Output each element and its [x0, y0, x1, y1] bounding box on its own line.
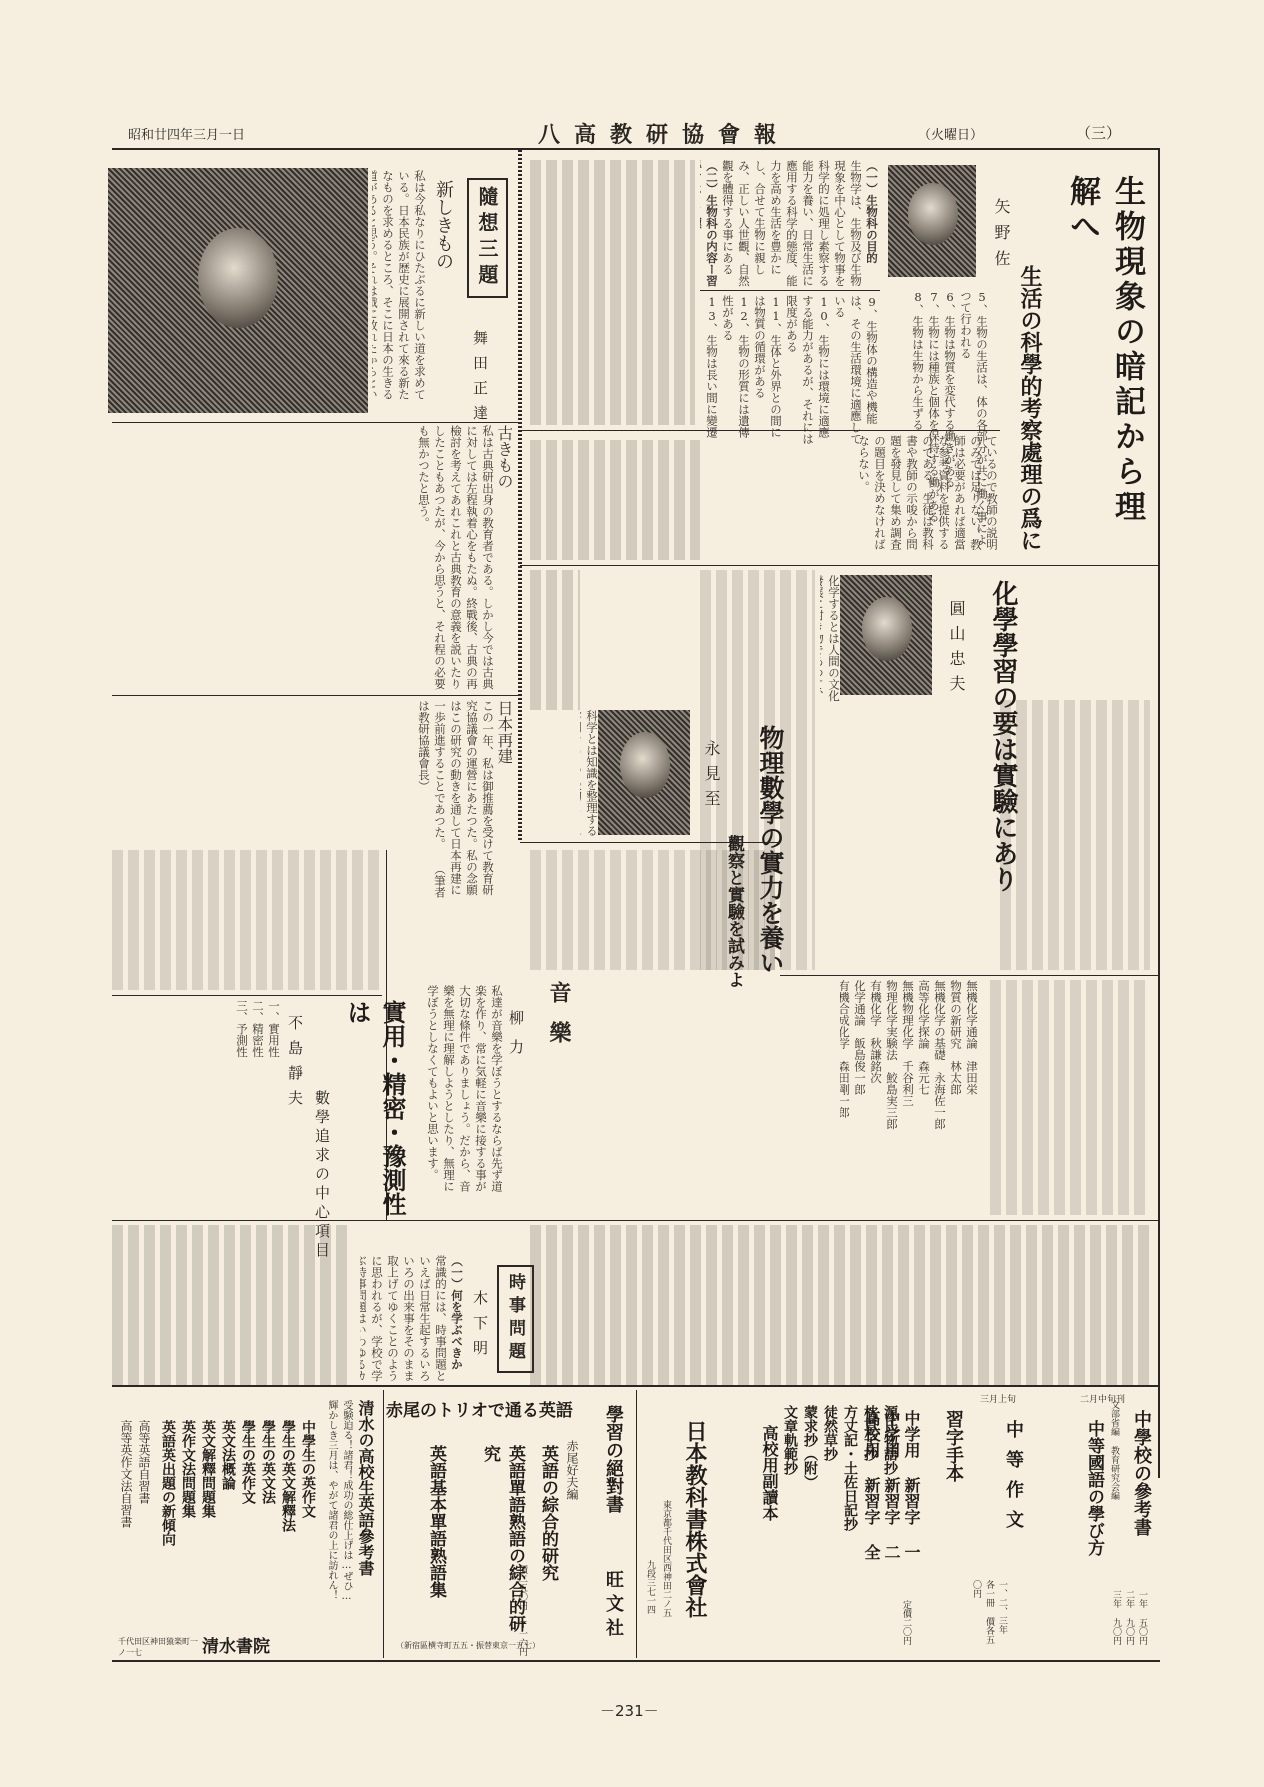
divider [112, 422, 522, 423]
book-title: 英語英出題の新傾向 [158, 1420, 178, 1546]
author-photo-maruyama [840, 575, 932, 695]
book-price: 定價二〇円 [900, 1600, 913, 1645]
biology-author: 矢野佐 [990, 198, 1013, 276]
nihon-kyokasho-address: 東京都千代田区西神田二ノ五 [660, 1500, 673, 1617]
divider [383, 1390, 384, 1658]
music-title: 音樂 [540, 975, 579, 1067]
divider [700, 290, 880, 291]
ads-bottom-rule [112, 1660, 1160, 1662]
divider [780, 975, 1160, 976]
body-text-columns [530, 570, 580, 710]
header-rule [112, 148, 1160, 150]
math-author: 不島靜夫 [285, 1015, 306, 1115]
author-photo-yano [888, 165, 976, 277]
current-affairs-author: 木下明 [470, 1290, 491, 1365]
book-title: 中学用 新習字 一 [900, 1410, 923, 1560]
essay-old-text: 古きもの 私は古典研出身の教育者である。しかし今では古典に対しては左程執着心をも… [112, 425, 512, 695]
akao-editor: 赤尾好夫編 [564, 1440, 581, 1500]
divider [520, 430, 1000, 431]
issue-note: 二月中旬刊 [1080, 1392, 1125, 1405]
chemistry-book-list: 無機化学通論 津田栄 物質の新研究 林太郎 無機化学の基礎 永海佐一郎 高等化学… [840, 980, 980, 1210]
nihon-kyokasho-phone: 九段三七一四 [644, 1560, 657, 1614]
obunsha-slogan: 學習の絕對書 [600, 1405, 626, 1513]
book-title: 英語の綜合的研究 [536, 1445, 561, 1581]
book-title: 學生の英文法 [258, 1420, 278, 1504]
essay-series-title: 隨想三題 [467, 178, 508, 298]
book-prices: 一、二、三年 各一冊 價各五〇円 [970, 1580, 1009, 1650]
ad-obunsha: 學習の絕對書 旺文社 [596, 1390, 636, 1658]
shimizu-publisher: 清水書院 [202, 1632, 270, 1657]
biology-body: ているので教師の説明のみでは足りない。教師は必要があれば適當な参考資料を提供する… [700, 435, 1000, 555]
book-title: 高校用 新習字 全 [860, 1410, 883, 1560]
ad-calligraphy: 中学用 新習字 一 中学用 新習字 二 高校用 新習字 全 定價二〇円 [840, 1400, 930, 1650]
book-title: 中等國語の學び方 [1082, 1420, 1107, 1556]
book-title: 英文解釋問題集 [198, 1420, 218, 1518]
divider [636, 1390, 637, 1658]
body-text-columns [530, 1225, 1150, 1385]
current-affairs-title: 時事問題 [497, 1265, 534, 1373]
book-title: 英作文法問題集 [178, 1420, 198, 1518]
essay-new-text: 私は今私なりにひたぶるに新しい道を求めている。日本民族が歴史に展開されて來る新た… [372, 170, 428, 410]
book-title: 學生の英作文 [238, 1420, 258, 1504]
body-text-columns [530, 850, 775, 970]
body-text-columns [530, 160, 695, 425]
biology-subheadline: 生活の科學的考察處理の爲に [1015, 265, 1046, 565]
book-title: 高等英作文法自習書 [118, 1420, 135, 1528]
music-author: 柳力 [506, 1010, 527, 1068]
book-title: 英語單語熟語の綜合的研究 [478, 1445, 528, 1645]
obunsha-publisher: 旺文社 [600, 1570, 626, 1642]
chemistry-author: 圓山忠夫 [945, 600, 968, 700]
math-headline: 實用・精密・豫測性は [340, 1000, 410, 1230]
shimizu-address: 千代田区神田猿楽町一ノ一七 [118, 1636, 198, 1658]
body-text-columns [990, 980, 1150, 1215]
masthead: 昭和廿四年三月一日 八高教研協會報 （火曜日） （三） [118, 120, 1158, 144]
book-title: 中等作文 [1000, 1420, 1026, 1540]
book-title: 英語基本單語熟語集 [424, 1445, 449, 1645]
book-title: 中学用 新習字 二 [880, 1410, 903, 1560]
ad-chugakko: 中學校の參考書 文部省編 教育研究会編 中等國語の學び方 一年 五〇円 二年 九… [960, 1390, 1158, 1658]
issue-date: 昭和廿四年三月一日 [128, 124, 245, 143]
author-photo-nagami [598, 710, 690, 835]
book-prices: 一年 五〇円 二年 九〇円 三年 九〇円 [1110, 1590, 1149, 1650]
shimizu-tagline: 受験迫る！諸君！成功の総仕上げは…ぜひ…輝かしき三月は、やがて諸君の上に訪れん！ [324, 1400, 354, 1610]
chemistry-lead: 化学するとは人間の文化發展に附き物であつて、唯實驗するとしないとの違いである。 [820, 575, 842, 705]
biology-headline: 生物現象の暗記から理解へ [1060, 175, 1150, 525]
book-editor: 文部省編 教育研究会編 [1108, 1400, 1121, 1500]
shimizu-headline: 清水の高校生英語參考書 [354, 1400, 377, 1576]
divider [520, 565, 1160, 566]
math-points: 一、實用性 二、精密性 三、予測性 [112, 1000, 282, 1220]
ads-top-rule [112, 1385, 1160, 1387]
body-text-columns [530, 440, 700, 560]
book-title: 學生の英文解釋法 [278, 1420, 298, 1532]
book-title: 英文法概論 [218, 1420, 238, 1490]
body-text-columns [1000, 700, 1150, 970]
music-text: 私達が音樂を学ぼうとするならば先ず道楽を作り、常に気軽に音樂に接する事が大切な條… [395, 985, 505, 1200]
body-text-columns [112, 1225, 352, 1385]
nihon-kyokasho-publisher: 日本教科書株式會社 [680, 1420, 711, 1618]
ad-akao: 赤尾のトリオで通る英語 赤尾好夫編 英語の綜合的研究 價二五〇円 〒一六円 英語… [386, 1390, 596, 1658]
page-marker: （三） [1076, 122, 1121, 143]
issue-note: 三月上旬 [980, 1392, 1016, 1405]
ad-shimizu: 清水の高校生英語參考書 受験迫る！諸君！成功の総仕上げは…ぜひ…輝かしき三月は、… [112, 1390, 382, 1658]
author-photo-maita [108, 168, 368, 413]
biology-items-b: 9、生物体の構造や機能は、その生活環境に適應している 10、生物には環境に適應す… [705, 295, 880, 445]
weekday: （火曜日） [918, 124, 983, 143]
essay-author: 舞田正達 [470, 330, 491, 430]
essay-section-title-new: 新しきもの [430, 180, 456, 270]
dotted-divider [518, 150, 522, 840]
divider [112, 1220, 1160, 1221]
body-text-columns [112, 850, 382, 990]
biology-objectives: （一）生物科の目的 生物学は、生物及び生物現象を中心として物事を科学的に処理し素… [700, 160, 880, 290]
chugakko-banner: 中學校の參考書 [1128, 1410, 1154, 1536]
right-border [1158, 148, 1160, 1478]
divider [112, 995, 382, 996]
book-title: 中學生の英作文 [298, 1420, 318, 1518]
divider [112, 695, 522, 696]
akao-footer: （新宿區横寺町五五・振替東京一五七） [396, 1640, 540, 1651]
page-number: －231－ [600, 1700, 659, 1721]
current-affairs-text: （一）何を学ぶべきか 常識的には、時事問題といえば日常生起するいろいろの出来事を… [360, 1255, 465, 1385]
readers-title: 高校用副讀本 [758, 1425, 781, 1521]
physics-lead: 科学とは知識を整理する学問である。最初にこれに対する理解が必要である。 [580, 710, 600, 840]
book-title: 高等英語自習書 [136, 1420, 153, 1504]
newspaper-title: 八高教研協會報 [538, 118, 790, 149]
